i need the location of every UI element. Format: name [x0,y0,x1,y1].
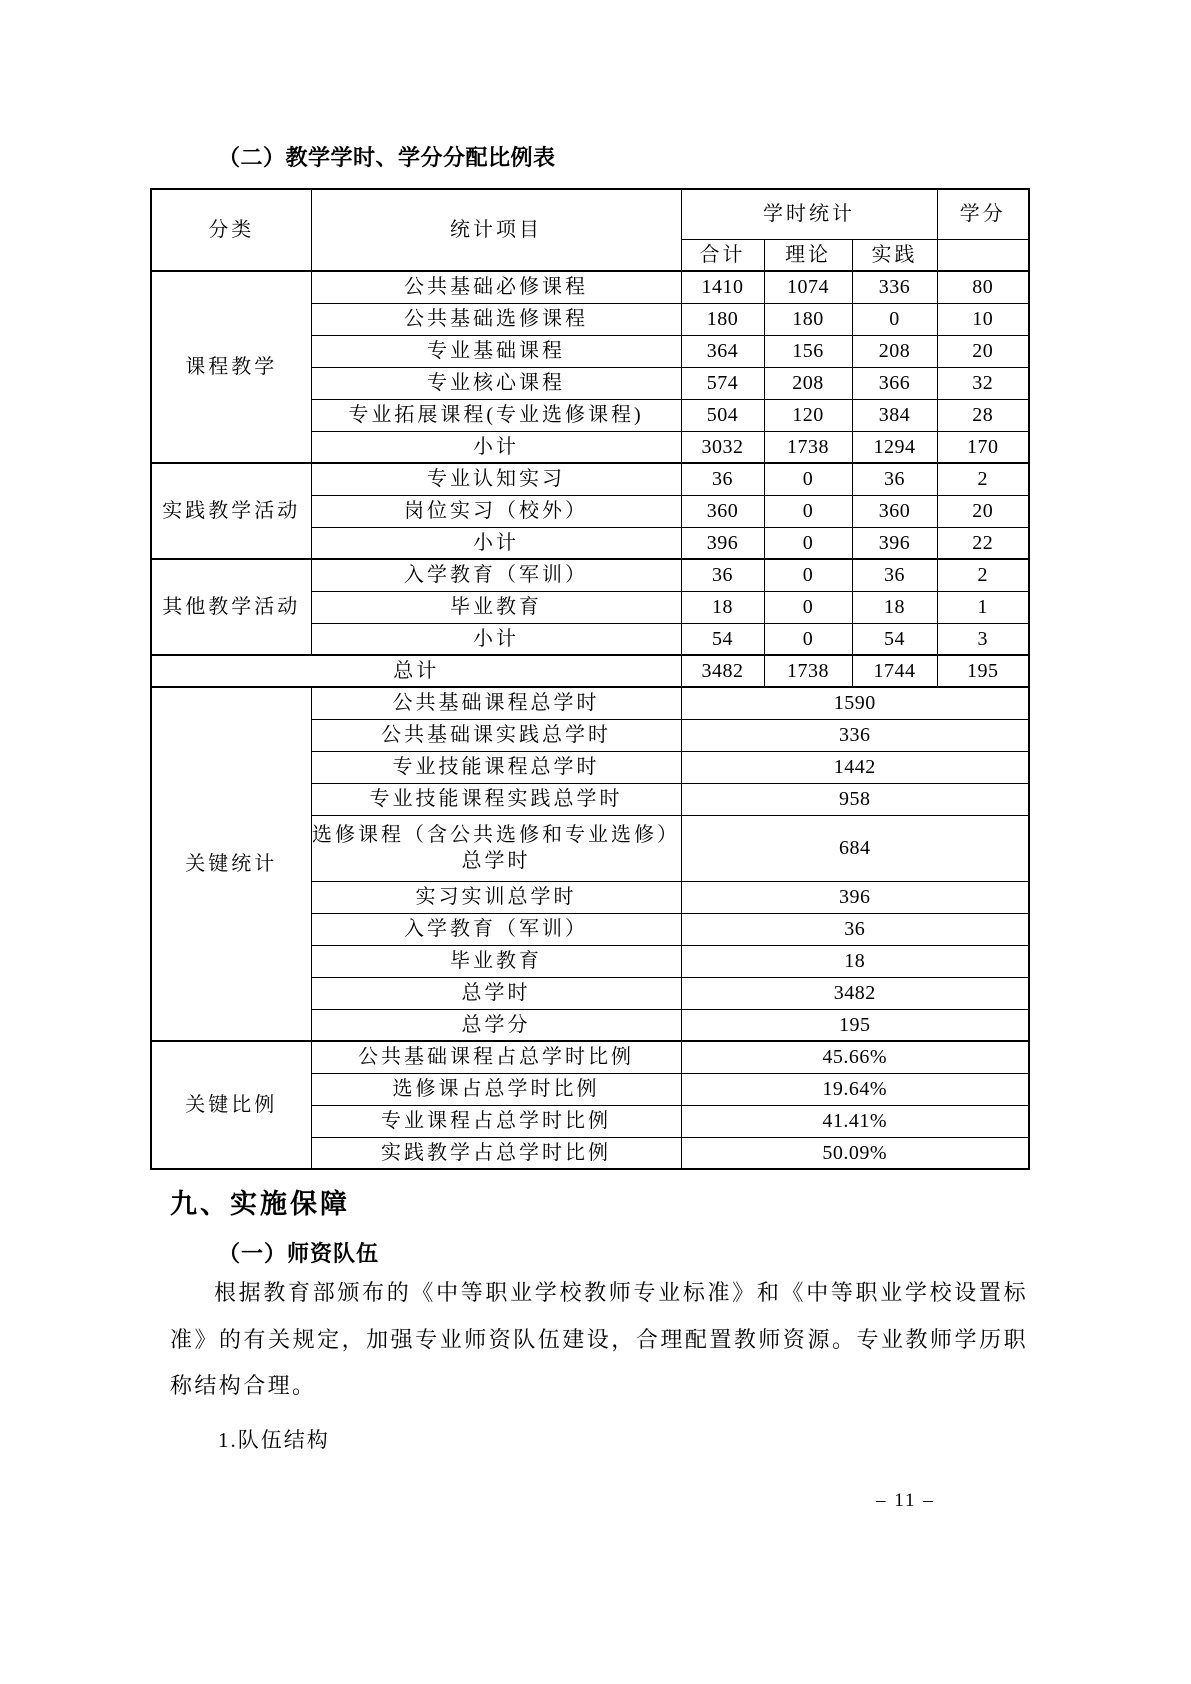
practice-cell: 208 [852,335,937,367]
credits-cell: 28 [937,399,1029,431]
credits-subheader-empty [937,239,1029,271]
item-cell: 专业技能课程实践总学时 [311,783,681,815]
credits-cell: 2 [937,559,1029,591]
practice-cell: 336 [852,271,937,303]
numbered-list-item: 1.队伍结构 [218,1424,330,1454]
item-cell: 实践教学占总学时比例 [311,1137,681,1169]
header-item: 统计项目 [311,189,681,271]
item-cell: 总学分 [311,1009,681,1041]
item-cell: 公共基础必修课程 [311,271,681,303]
theory-cell: 1738 [764,431,852,463]
item-cell: 专业技能课程总学时 [311,751,681,783]
item-cell: 公共基础课实践总学时 [311,719,681,751]
theory-cell: 1738 [764,655,852,687]
value-cell: 50.09% [681,1137,1029,1169]
value-cell: 41.41% [681,1105,1029,1137]
credits-cell: 20 [937,495,1029,527]
section-heading: 九、实施保障 [170,1182,350,1221]
theory-cell: 180 [764,303,852,335]
total-cell: 54 [681,623,764,655]
theory-cell: 0 [764,591,852,623]
value-cell: 18 [681,945,1029,977]
item-cell: 毕业教育 [311,945,681,977]
category-cell: 课程教学 [151,271,311,463]
item-cell: 入学教育（军训） [311,559,681,591]
header-category: 分类 [151,189,311,271]
item-cell: 小计 [311,527,681,559]
header-theory: 理论 [764,239,852,271]
header-practice: 实践 [852,239,937,271]
hours-credits-table: 分类 统计项目 学时统计 学分 合计 理论 实践 课程教学 公共基础必修课程 1… [150,188,1030,1170]
total-cell: 574 [681,367,764,399]
practice-cell: 36 [852,463,937,495]
header-credits: 学分 [937,189,1029,239]
table-title: （二）教学学时、学分分配比例表 [218,141,556,172]
credits-cell: 195 [937,655,1029,687]
item-cell: 专业核心课程 [311,367,681,399]
value-cell: 396 [681,881,1029,913]
value-cell: 1442 [681,751,1029,783]
practice-cell: 366 [852,367,937,399]
credits-cell: 22 [937,527,1029,559]
category-cell: 关键统计 [151,687,311,1041]
table-row: 实践教学活动 专业认知实习 36 0 36 2 [151,463,1029,495]
total-cell: 36 [681,463,764,495]
credits-cell: 2 [937,463,1029,495]
credits-cell: 20 [937,335,1029,367]
practice-cell: 1294 [852,431,937,463]
total-cell: 3032 [681,431,764,463]
credits-cell: 10 [937,303,1029,335]
total-cell: 360 [681,495,764,527]
page-number: – 11 – [876,1490,935,1512]
value-cell: 36 [681,913,1029,945]
total-cell: 36 [681,559,764,591]
item-cell: 专业拓展课程(专业选修课程) [311,399,681,431]
theory-cell: 0 [764,495,852,527]
item-cell: 小计 [311,623,681,655]
total-cell: 180 [681,303,764,335]
total-cell: 504 [681,399,764,431]
table-row: 课程教学 公共基础必修课程 1410 1074 336 80 [151,271,1029,303]
item-cell: 专业课程占总学时比例 [311,1105,681,1137]
practice-cell: 18 [852,591,937,623]
theory-cell: 208 [764,367,852,399]
value-cell: 3482 [681,977,1029,1009]
value-cell: 958 [681,783,1029,815]
item-cell: 小计 [311,431,681,463]
theory-cell: 0 [764,559,852,591]
practice-cell: 396 [852,527,937,559]
category-cell: 实践教学活动 [151,463,311,559]
item-cell: 岗位实习（校外） [311,495,681,527]
item-cell: 专业基础课程 [311,335,681,367]
value-cell: 684 [681,815,1029,881]
sub-heading: （一）师资队伍 [218,1237,379,1268]
practice-cell: 0 [852,303,937,335]
total-cell: 364 [681,335,764,367]
item-cell: 公共基础课程占总学时比例 [311,1041,681,1073]
value-cell: 45.66% [681,1041,1029,1073]
credits-cell: 32 [937,367,1029,399]
header-total: 合计 [681,239,764,271]
theory-cell: 0 [764,463,852,495]
item-cell: 毕业教育 [311,591,681,623]
document-page: （二）教学学时、学分分配比例表 分类 统计项目 学时统计 学分 合计 理论 实践… [0,0,1191,1684]
grand-total-row: 总计 3482 1738 1744 195 [151,655,1029,687]
practice-cell: 1744 [852,655,937,687]
table-row: 关键比例 公共基础课程占总学时比例 45.66% [151,1041,1029,1073]
category-cell: 其他教学活动 [151,559,311,655]
item-cell: 公共基础课程总学时 [311,687,681,719]
theory-cell: 1074 [764,271,852,303]
value-cell: 1590 [681,687,1029,719]
item-cell: 专业认知实习 [311,463,681,495]
theory-cell: 0 [764,527,852,559]
item-cell: 公共基础选修课程 [311,303,681,335]
credits-cell: 3 [937,623,1029,655]
body-paragraph: 根据教育部颁布的《中等职业学校教师专业标准》和《中等职业学校设置标准》的有关规定… [170,1270,1028,1410]
item-cell: 实习实训总学时 [311,881,681,913]
table-row: 关键统计 公共基础课程总学时 1590 [151,687,1029,719]
credits-cell: 1 [937,591,1029,623]
total-cell: 1410 [681,271,764,303]
table-row: 其他教学活动 入学教育（军训） 36 0 36 2 [151,559,1029,591]
item-cell: 入学教育（军训） [311,913,681,945]
header-hours-group: 学时统计 [681,189,937,239]
category-cell: 关键比例 [151,1041,311,1169]
theory-cell: 0 [764,623,852,655]
total-cell: 18 [681,591,764,623]
practice-cell: 54 [852,623,937,655]
total-cell: 396 [681,527,764,559]
value-cell: 19.64% [681,1073,1029,1105]
theory-cell: 156 [764,335,852,367]
item-cell: 选修课程（含公共选修和专业选修）总学时 [311,815,681,881]
credits-cell: 80 [937,271,1029,303]
practice-cell: 384 [852,399,937,431]
practice-cell: 360 [852,495,937,527]
total-cell: 3482 [681,655,764,687]
item-cell: 总学时 [311,977,681,1009]
grand-total-label: 总计 [151,655,681,687]
value-cell: 336 [681,719,1029,751]
item-cell: 选修课占总学时比例 [311,1073,681,1105]
theory-cell: 120 [764,399,852,431]
value-cell: 195 [681,1009,1029,1041]
practice-cell: 36 [852,559,937,591]
table-header-row-1: 分类 统计项目 学时统计 学分 [151,189,1029,239]
credits-cell: 170 [937,431,1029,463]
